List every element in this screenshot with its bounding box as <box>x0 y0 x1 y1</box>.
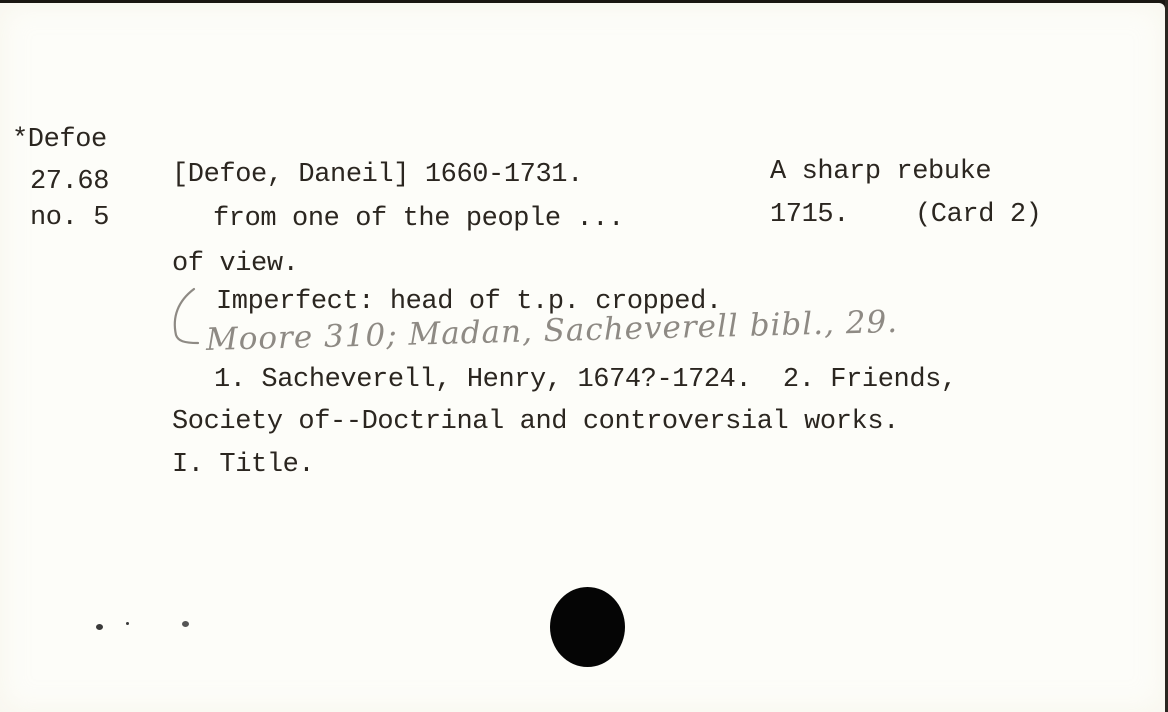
author-heading: [Defoe, Daneil] 1660-1731. <box>172 162 583 189</box>
card-number: (Card 2) <box>915 202 1041 229</box>
ink-speck <box>126 622 129 625</box>
call-number-line-1: *Defoe <box>12 127 107 154</box>
tracing-line-2: Society of--Doctrinal and controversial … <box>172 409 899 436</box>
ink-speck <box>96 624 103 630</box>
tracing-line-3: I. Title. <box>172 452 314 479</box>
ink-speck <box>182 621 189 627</box>
publication-date: 1715. <box>770 202 849 229</box>
call-number-line-3: no. 5 <box>30 205 109 232</box>
title-end: of view. <box>172 251 298 278</box>
punch-hole <box>550 587 625 667</box>
catalog-card: *Defoe 27.68 no. 5 [Defoe, Daneil] 1660-… <box>0 3 1165 712</box>
title-continued: from one of the people ... <box>213 206 624 233</box>
title-start: A sharp rebuke <box>770 159 991 186</box>
tracing-line-1: 1. Sacheverell, Henry, 1674?-1724. 2. Fr… <box>214 367 957 394</box>
call-number-line-2: 27.68 <box>30 169 109 196</box>
handwritten-bracket-icon <box>170 287 200 349</box>
